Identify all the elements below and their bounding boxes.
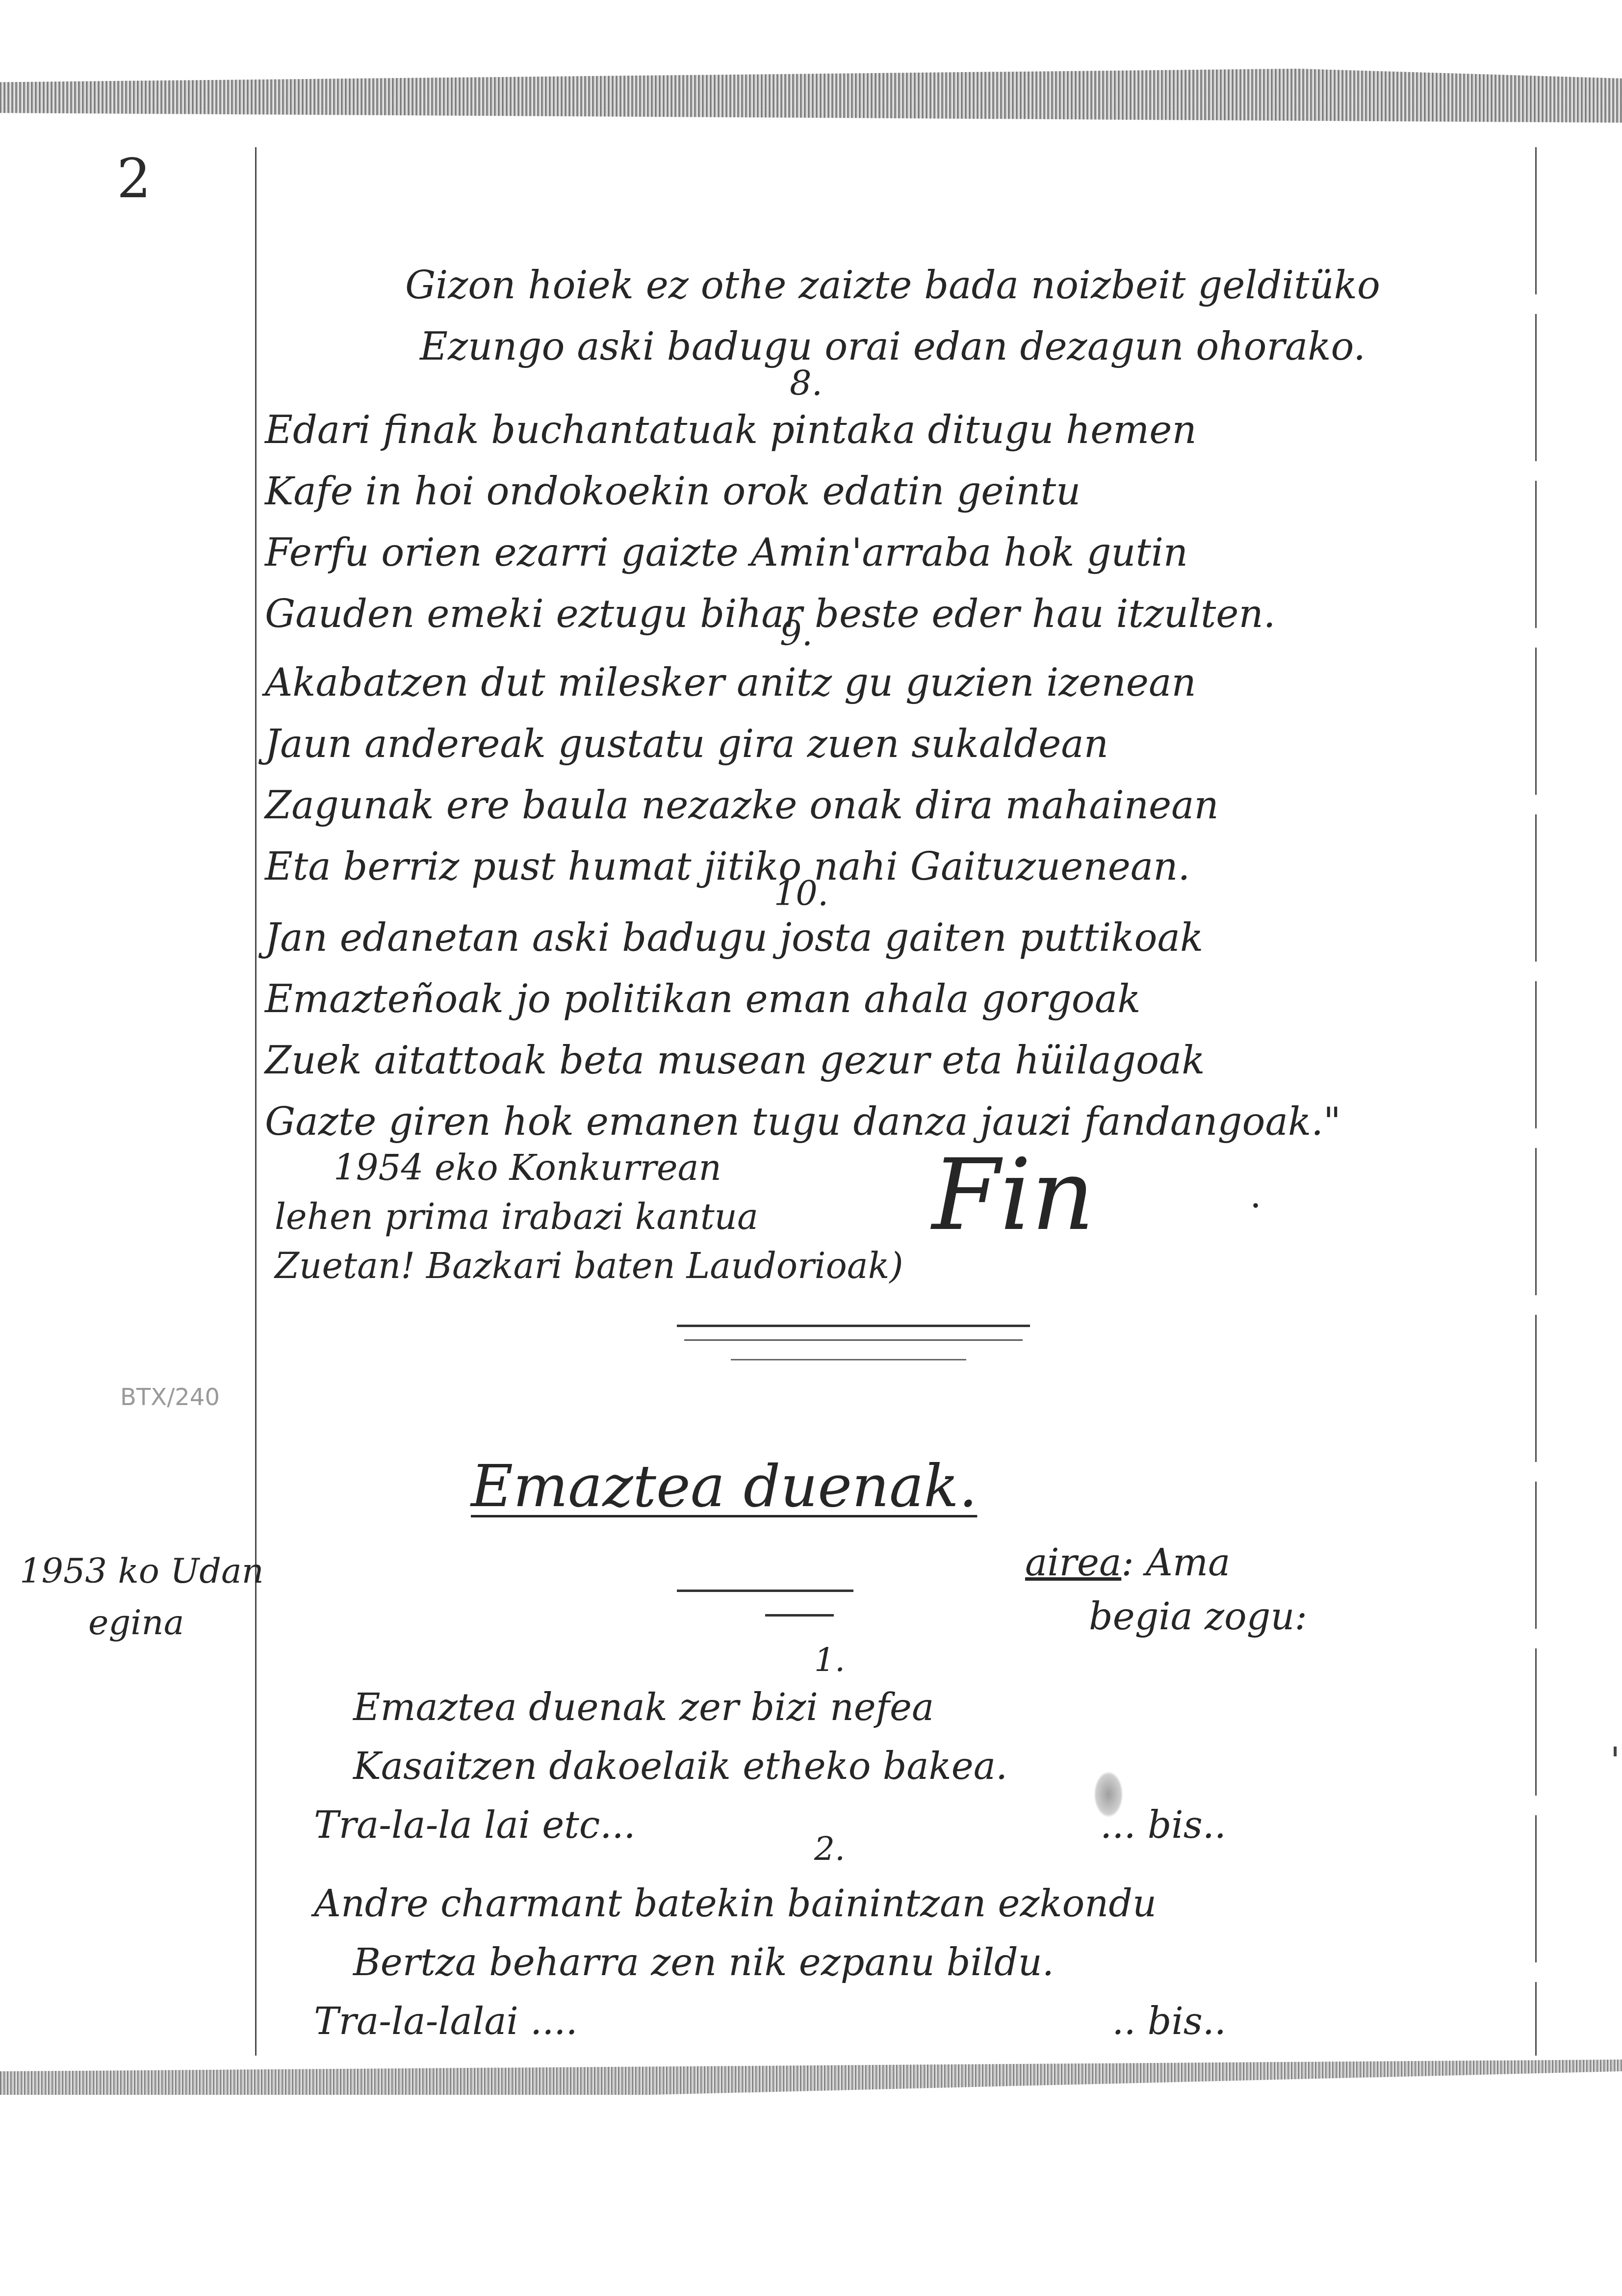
- verse-line: Zagunak ere baula nezazke onak dira maha…: [265, 775, 1520, 836]
- stanza-number-9: 9.: [0, 613, 1607, 653]
- archive-reference: BTX/240: [120, 1383, 220, 1411]
- verse-line: Emaztea duenak zer bizi nefea: [314, 1678, 1491, 1737]
- refrain-left: Tra-la-la lai etc...: [314, 1796, 636, 1854]
- tune-value: Ama: [1146, 1540, 1230, 1584]
- verse-line: Jaun andereak gustatu gira zuen sukaldea…: [265, 714, 1520, 775]
- verse-line: Gizon hoiek ez othe zaizte bada noizbeit…: [265, 255, 1520, 316]
- poem-colophon: 1954 eko Konkurrean lehen prima irabazi …: [275, 1143, 903, 1290]
- stanza-8: Edari finak buchantatuak pintaka ditugu …: [265, 400, 1520, 645]
- margin-note-line: egina: [20, 1597, 264, 1648]
- scan-artifact-top: [0, 69, 1622, 123]
- title-rule: [765, 1614, 834, 1617]
- colophon-line: Zuetan! Bazkari baten Laudorioak): [275, 1241, 903, 1290]
- section-divider: [684, 1339, 1023, 1341]
- tune-colon: :: [1121, 1540, 1146, 1584]
- scanned-manuscript-page: 2 Gizon hoiek ez othe zaizte bada noizbe…: [0, 0, 1622, 2296]
- verse-line: Kasaitzen dakoelaik etheko bakea.: [314, 1737, 1491, 1796]
- refrain-right: .. bis..: [1112, 1992, 1226, 2051]
- song-stanza-number-2: 2.: [814, 1830, 845, 1868]
- song-stanza-number-1: 1.: [814, 1641, 845, 1679]
- tune-line2: begia zogu:: [1025, 1590, 1307, 1644]
- verse-line: Zuek aitattoak beta musean gezur eta hüi…: [265, 1030, 1520, 1092]
- tune-label: airea: [1025, 1540, 1121, 1584]
- verse-line: Jan edanetan aski badugu josta gaiten pu…: [265, 908, 1520, 969]
- stanza-9: Akabatzen dut milesker anitz gu guzien i…: [265, 652, 1520, 898]
- stanza-10: Jan edanetan aski badugu josta gaiten pu…: [265, 908, 1520, 1153]
- verse-line: Kafe in hoi ondokoekin orok edatin geint…: [265, 461, 1520, 522]
- verse-line: Ferfu orien ezarri gaizte Amin'arraba ho…: [265, 522, 1520, 584]
- verse-line: Bertza beharra zen nik ezpanu bildu.: [314, 1933, 1491, 1992]
- scan-artifact-bottom: [0, 2056, 1622, 2095]
- colophon-line: lehen prima irabazi kantua: [275, 1192, 903, 1241]
- verse-line: Emazteñoak jo politikan eman ahala gorgo…: [265, 969, 1520, 1030]
- margin-note: 1953 ko Udan egina: [20, 1545, 264, 1648]
- stanza-number-8: 8.: [0, 363, 1617, 403]
- title-rule: [677, 1590, 853, 1592]
- edge-mark: [1614, 1747, 1617, 1756]
- ink-smudge: [1094, 1771, 1123, 1818]
- song-stanza-1: Emaztea duenak zer bizi nefea Kasaitzen …: [314, 1678, 1491, 1854]
- fin-signature: Fin: [932, 1138, 1095, 1252]
- page-number: 2: [117, 147, 151, 210]
- colophon-line: 1954 eko Konkurrean: [275, 1143, 903, 1192]
- song-stanza-2: Andre charmant batekin bainintzan ezkond…: [314, 1874, 1491, 2051]
- refrain-left: Tra-la-lalai ....: [314, 1992, 578, 2051]
- poem-intro-lines: Gizon hoiek ez othe zaizte bada noizbeit…: [265, 255, 1520, 378]
- refrain-line: Tra-la-la lai etc... ... bis..: [314, 1796, 1226, 1854]
- left-margin-rule: [255, 147, 257, 2056]
- signature-dot: .: [1251, 1173, 1261, 1217]
- verse-line: Akabatzen dut milesker anitz gu guzien i…: [265, 652, 1520, 714]
- right-margin-rule: [1535, 147, 1537, 2056]
- tune-note: airea: Ama begia zogu:: [1025, 1536, 1307, 1644]
- section-divider: [677, 1325, 1030, 1327]
- song-title: Emaztea duenak.: [471, 1452, 977, 1520]
- section-divider: [731, 1359, 966, 1360]
- margin-note-line: 1953 ko Udan: [20, 1551, 264, 1591]
- refrain-line: Tra-la-lalai .... .. bis..: [314, 1992, 1226, 2051]
- verse-line: Andre charmant batekin bainintzan ezkond…: [314, 1874, 1491, 1933]
- verse-line: Edari finak buchantatuak pintaka ditugu …: [265, 400, 1520, 461]
